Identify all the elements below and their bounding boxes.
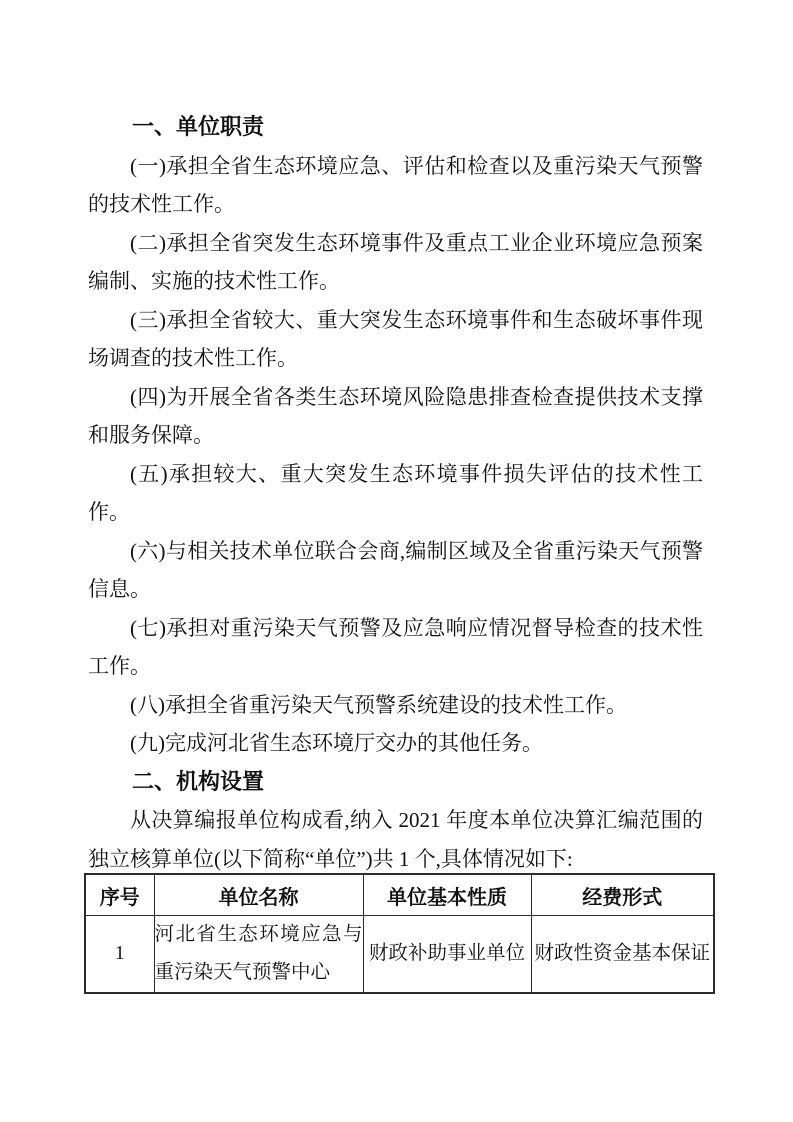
table-header-funding-form: 经费形式 [531,874,714,916]
cell-unit-nature: 财政补助事业单位 [363,916,531,994]
page-body: 一、单位职责 (一)承担全省生态环境应急、评估和检查以及重污染天气预警的技术性工… [0,0,793,1122]
section-heading-org-setup: 二、机构设置 [88,763,703,802]
section-heading-unit-duties: 一、单位职责 [88,108,703,147]
cell-funding-form: 财政性资金基本保证 [531,916,714,994]
duty-paragraph-2: (二)承担全省突发生态环境事件及重点工业企业环境应急预案编制、实施的技术性工作。 [88,224,703,301]
duty-paragraph-5: (五)承担较大、重大突发生态环境事件损失评估的技术性工作。 [88,455,703,532]
duty-paragraph-3: (三)承担全省较大、重大突发生态环境事件和生态破坏事件现场调查的技术性工作。 [88,301,703,378]
table-header-unit-name: 单位名称 [154,874,363,916]
table-header-unit-nature: 单位基本性质 [363,874,531,916]
document-page: { "colors": { "page_background": "#fffff… [0,0,793,1122]
duty-paragraph-1: (一)承担全省生态环境应急、评估和检查以及重污染天气预警的技术性工作。 [88,147,703,224]
table-row: 1 河北省生态环境应急与重污染天气预警中心 财政补助事业单位 财政性资金基本保证 [85,916,714,994]
units-table: 序号 单位名称 单位基本性质 经费形式 1 河北省生态环境应急与重污染天气预警中… [84,873,715,994]
duty-paragraph-9: (九)完成河北省生态环境厅交办的其他任务。 [88,724,703,763]
table-header-index: 序号 [85,874,154,916]
duty-paragraph-4: (四)为开展全省各类生态环境风险隐患排查检查提供技术支撑和服务保障。 [88,378,703,455]
table-header-row: 序号 单位名称 单位基本性质 经费形式 [85,874,714,916]
cell-unit-index: 1 [85,916,154,994]
duty-paragraph-6: (六)与相关技术单位联合会商,编制区域及全省重污染天气预警信息。 [88,532,703,609]
cell-unit-name: 河北省生态环境应急与重污染天气预警中心 [154,916,363,994]
org-setup-intro-paragraph: 从决算编报单位构成看,纳入 2021 年度本单位决算汇编范围的独立核算单位(以下… [88,801,703,878]
duty-paragraph-8: (八)承担全省重污染天气预警系统建设的技术性工作。 [88,686,703,725]
duty-paragraph-7: (七)承担对重污染天气预警及应急响应情况督导检查的技术性工作。 [88,609,703,686]
